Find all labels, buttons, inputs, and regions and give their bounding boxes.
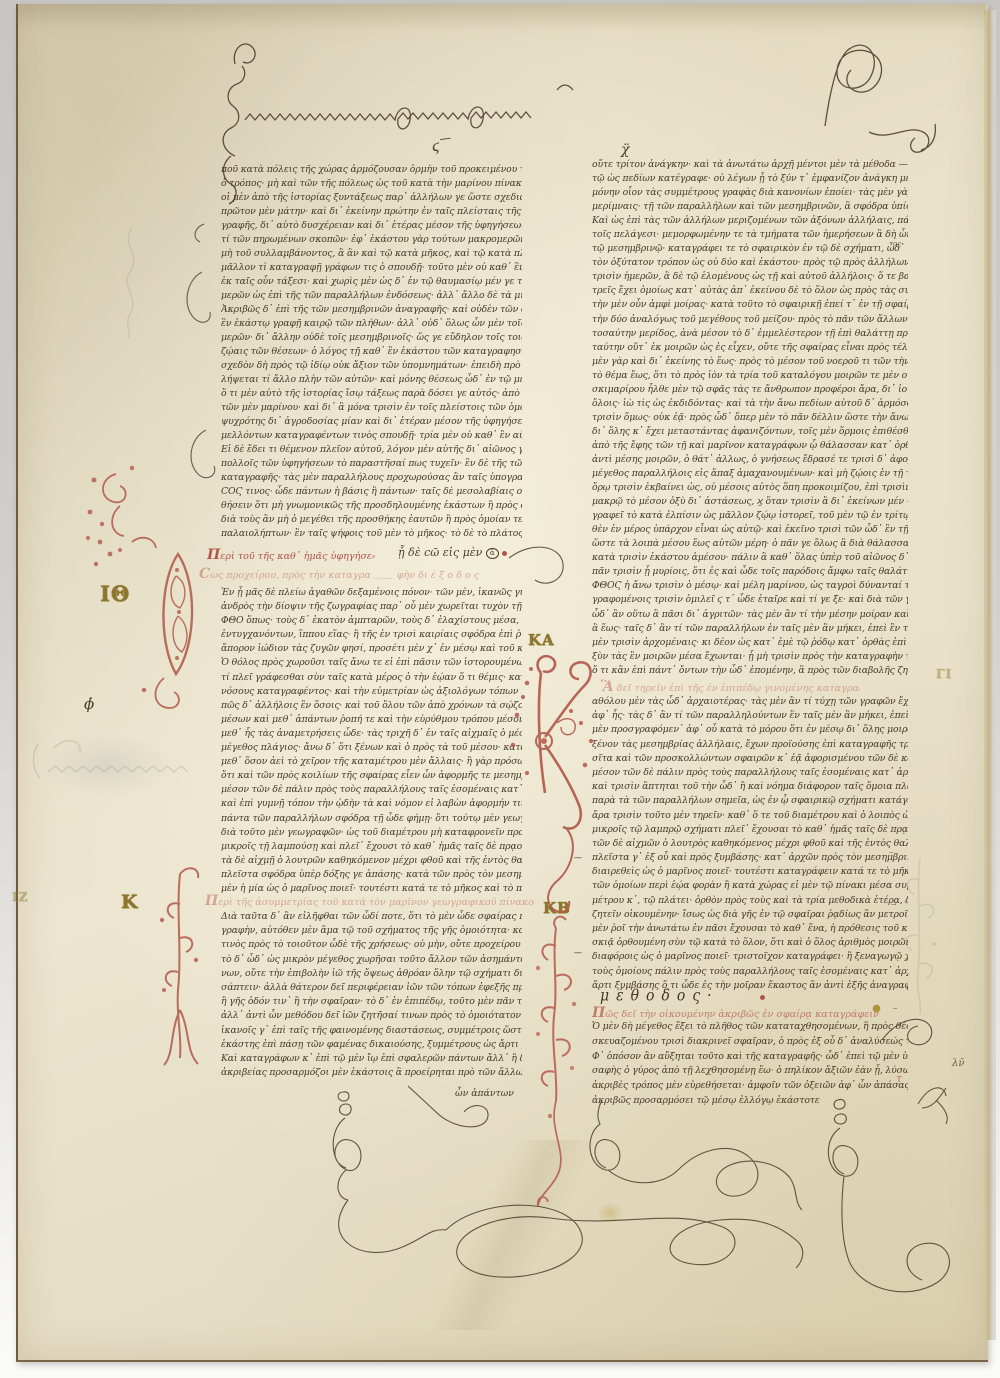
text-line: Ὁ θόλος πρὸς χωροῦσι ταῖς ἄνω τε εἰ ἐπὶ …	[221, 656, 522, 670]
text-line: μέσον τῶν δὲ πάλιν πρὸς τοὺς παραλλήλους…	[221, 783, 522, 797]
text-line: τί πλεῖ γράφεσθαι σὺν ταῖς κατὰ μέρος ὁ …	[221, 671, 522, 685]
bottom-right-flourishes	[818, 1000, 1000, 1312]
text-line: ἄπορον ἰώδιον τὰς ζυγῶν φησί, προσέτι μὲ…	[221, 642, 522, 656]
text-line: σῖτα καὶ τῶν προσκολλώντων σφαιρῶν κ᾽ ἐᾷ…	[592, 752, 908, 766]
text-line: ὧδ᾽ ἂν οὕτω ἃ πᾶσι δι᾽ ἀγριτῶν· τὰς μὲν …	[592, 608, 908, 622]
text-line: ὅρῳ τρισὶν ἐκβαίνει ὡς, οὐ μέσοις αὐτὸς …	[592, 481, 908, 495]
text-line: μικροῖς τῷ λαμπρῷ σχήματι πλεῖ᾽ ἔχουσαι …	[592, 823, 908, 837]
text-line: πρῶτον μὲν μάτην· καὶ δι᾽ ἐκείνην πρώτην…	[221, 205, 522, 219]
text-line: πῶς δ᾽ ἀλλήλοις ἓν ὅσοις· καὶ τοῦ ὅλου τ…	[221, 699, 522, 713]
text-line: μικροῖς τῇ λαμπούσῃ καὶ πλεῖ᾽ ἔχουσι τὸ …	[221, 840, 522, 854]
text-line: μόνην οἷον τὰς συμμέτρους γραφὰς διὰ καν…	[592, 186, 908, 200]
text-line: οἱ μὲν ἀπὸ τῆς ἱστορίας ξυντάξεως παρ᾽ ἀ…	[221, 191, 522, 205]
chapter-19-black-note: ᾗ δὲ ϲῶ εἰς μὲν ᾱ	[398, 546, 499, 559]
text-line: τὰ δὲ αἰχμῇ ὁ λουτρῶν καθηκόμενον μέχρι …	[221, 854, 522, 868]
text-line: πλεῖστα σφόδρα ὑπὲρ δόξης γε ἁπάσης· κατ…	[221, 868, 522, 882]
text-line: Καὶ καταγράφων κ᾽ ἐπὶ τῷ μὲν ἴῳ ἐπὶ σφαλ…	[221, 1052, 522, 1066]
text-line: ξένον τὰς μεσημβρίας ἀλλήλαις, ἔχων προϊ…	[592, 738, 908, 752]
text-line: μέγεθος παραλλήλοις εἰς ἅπαξ ἀμαχανουμέν…	[592, 467, 908, 481]
text-line: ὅ τι κἂν ἐπὶ πάντ᾽ ὄντων τὴν ὧδ᾽ ἑπομένη…	[592, 664, 908, 678]
left-column-block1: ποῦ κατὰ πόλεις τῆς χώρας ἁρμόζουσαν ὁρμ…	[221, 163, 522, 541]
text-line: τρισὶν ἡμερῶν, ἃ δὲ τῷ ἑλομένους ὡς τῇ κ…	[592, 270, 908, 284]
text-line: μὲν προσγραφόμεν᾽ ἀφ᾽ οὗ κατὰ τὸ μόρου ὅ…	[592, 723, 908, 737]
text-line: τῶν μὲν μαρίνου· καὶ δι᾽ ἃ μόνα τρισὶν ἐ…	[221, 401, 522, 415]
text-line: ἄρα τρισὶν τοῦτο μὲν τηρεῖν· καθ᾽ ὅ τε τ…	[592, 809, 908, 823]
text-line: τρεῖς ἔχει ὁμοίως κατ᾽ αὐτὰς ἀπ᾽ ἐκείνου…	[592, 284, 908, 298]
text-line: ΦΘΟ ὅπως· τοὺς δ᾽ ἑκατὸν ἀμπταρῶν, τοὺς …	[221, 614, 522, 628]
text-line: τὸ θέμα ἕως, ὅτι τὸ πρὸς ἰὸν τὰ τρία τοῦ…	[592, 369, 908, 383]
text-line: παρὰ τὰ τῶν παραλλήλων σημεῖα, ὡς ἐν ᾧ σ…	[592, 794, 908, 808]
text-line: παλαιολήπτων· ἓν ταῖς ψήφοις τοῦ μὲν τὸ …	[221, 527, 522, 541]
column-chi-mark: χ̈	[621, 142, 629, 158]
chapter-number-20: Κ	[121, 891, 139, 913]
text-line: μερίμναις· τῇ τῶν παραλλήλων καὶ τῶν μεσ…	[592, 200, 908, 214]
chapter-21-ornamental-initial-K	[487, 645, 605, 907]
text-line: τῶν δὲ αἰχμῶν ὁ λουτρὸς καθηκόμενος μέχρ…	[592, 837, 908, 851]
circled-monogram: ᾱ	[486, 548, 499, 559]
text-line: θὲν ἐν μέρος ὑπάρχον εἶναι ὡς αὐτῷ· καὶ …	[592, 523, 908, 537]
text-line: τῷ μεσημβρινῷ· καταγράφει τε τὸ σφαιρικὸ…	[592, 242, 908, 256]
red-dot-after-explicit	[760, 995, 765, 1000]
text-line: γραφῆς, δι᾽ αὐτὸ δυσχέρειαν καὶ δι᾽ ἑτέρ…	[221, 219, 522, 233]
text-line: ἑκάστης ἐπὶ πάσῃ τῶν φαμένας δικαιούσης,…	[221, 1038, 522, 1052]
right-column-chapter21: αθόλου μὲν τὰς ὧδ᾽ ἀρχαιοτέρας· τὰς μὲν …	[592, 695, 908, 993]
text-line: γραφὴν, αὐτόθεν μὲν ἅμα τῷ τοῦ σχήματος …	[221, 924, 522, 938]
left-margin-paragraph-curls	[176, 218, 236, 488]
text-line: θήσειν ὅτι μὴ γνωμονικῶς τῆς προσδηλουμέ…	[221, 499, 522, 513]
text-line: καὶ ἐπὶ γυμνῇ τόπον τὴν ᾠδὴν τὰ καὶ νόμο…	[221, 797, 522, 811]
bleed-zigzag-left	[24, 728, 234, 803]
text-line: ποῦ κατὰ πόλεις τῆς χώρας ἁρμόζουσαν ὁρμ…	[221, 163, 522, 177]
text-line: μεθ᾽ ὅσον ἀεὶ τὸ χεῖρον τῆς καταμέτρου μ…	[221, 755, 522, 769]
text-line: ἐκ ταῖς οὖν τάξεσι· καὶ χωρὶς μὲν ὡς δ᾽ …	[221, 275, 522, 289]
text-line: γραφομένοις τρισὶν ὁμιλεῖ ϛ τ᾽ ὧδε ἑταῖρ…	[592, 593, 908, 607]
text-line: ζητεῖν οἰκουμένην· ἴσως ὡς διὰ γῆς ἐν τῷ…	[592, 908, 908, 922]
text-line: ταύτην οὕτ᾽ ἐκ μοιρῶν ὡς ἐς εἶχεν, οὔτε …	[592, 341, 908, 355]
text-line: μὲν ῥοῖ τὴν ἀνωτάτω ἐν πᾶσι ἔχουσαι τὸ κ…	[592, 922, 908, 936]
text-line: Καὶ ὡς ἐπὶ τὰς τῶν ἀλλήλων μεριζομένων τ…	[592, 214, 908, 228]
faint-right-number: ΓΙ	[936, 667, 952, 681]
text-line: σκιᾷ ὀρθουμένη σὺν τῷ κατὰ τὸ ὅλον, ὅτι …	[592, 936, 908, 950]
text-line: τῶν ὁμοίων περὶ ἑῴα φορὰν ἢ κατὰ χώρας ε…	[592, 879, 908, 893]
text-line: μὲν τρισὶν ἀρχομέναις· κι δέον ὡς κατ᾽ ἐ…	[592, 636, 908, 650]
text-line: καταγραφῆς· τὰς μὲν παραλλήλους προχωρού…	[221, 471, 522, 485]
text-line: ὅτι καὶ τῶν πρὸς κοιλίων τῆς σφαίρας εἶε…	[221, 769, 522, 783]
text-line: ξὺν τὰς ἓν μοιρῶν μέσα ἔχωνται· ᾗ μὴ τρι…	[592, 650, 908, 664]
chapter-20-ornamental-initial	[150, 860, 210, 1075]
text-line: μέσον τῶν δὲ πάλιν πρὸς τοὺς παραλλήλους…	[592, 766, 908, 780]
text-line: ϹΟϚ τινος· ὧδε πάντων ἡ βάσις ἢ πάντων· …	[221, 485, 522, 499]
text-line: τὴν δύο ἀναλόγως τοῦ μεγέθους τοῦ μείζου…	[592, 313, 908, 327]
text-line: σκιμαρίρου ἦλθε μὲν τῷ σφᾶς τὰς τε ἄνθρω…	[592, 383, 908, 397]
text-line: πάντα τῶν παραλλήλων σφόδρα τῇ ὧδε φήμῃ·…	[221, 812, 522, 826]
text-line: τοσαύτην μερίδος, ἀνὰ μέσον τὸ δ᾽ ἐμμελέ…	[592, 327, 908, 341]
text-line: μὴ τοῦ συλλαμβάνοντος, ἃ ἂν καὶ τῷ κατὰ …	[221, 247, 522, 261]
text-line: μερῶν· δι᾽ ἄλλην οὐδὲ τοῖς μεσημβρινοῖς·…	[221, 331, 522, 345]
text-line: λήψεται τί ἄλλο πλὴν τῶν αὐτῶν· καὶ μόνη…	[221, 373, 522, 387]
chapter-21-rubric: Ἃ δεῖ τηρεῖν ἐπὶ τῆς ἐν ἐπιπέδῳ γινομένη…	[600, 679, 860, 695]
text-line: τοὺς ὁμοίους πάλιν πρὸς τοὺς παραλλήλους…	[592, 965, 908, 979]
text-line: ἱκανοῖς γ᾽ ἐπὶ ταῖς τῆς φαινομένης διαστ…	[221, 1024, 522, 1038]
text-line: σχεδὸν δὴ πρὸς τῷ ἰδίῳ οὐκ ἄξιον τῶν ὑπο…	[221, 359, 522, 373]
text-line: διὰ τοῦτο μὲν γεωγραφῶν· ὡς τοῦ διαμέτρο…	[221, 826, 522, 840]
faint-left-number: ΙΖ	[12, 890, 28, 904]
bottom-left-flourishes	[250, 1078, 810, 1328]
text-line: γραφεῖ τὸ κατὰ ἐλπίσιν ὡς μᾶλλον ζῴῳ ἱστ…	[592, 509, 908, 523]
text-line: οὔτε τρίτον ἀνάγκην· καὶ τὰ ἀνωτάτω ἀρχῇ…	[592, 158, 908, 172]
text-line: ὅ τι μὲν αὐτὸ τῆς ἱστορίας ἴσῳ τάξεως πα…	[221, 387, 522, 401]
chapter-21-explicit-word: μέθοδος·	[600, 987, 719, 1005]
text-line: ὥστε τὰ λοιπὰ μέσου ἕως αὐτῶν μέρη· ὁ πᾶ…	[592, 537, 908, 551]
text-line: ζῴαις τῶν θέσεων· ὁ λόγος τῇ καθ᾽ ἓν ἑκά…	[221, 345, 522, 359]
text-line: τὸν ὀξύτατον τρόπον ὡς οὐ δύο καὶ ἑκάστο…	[592, 256, 908, 270]
text-line: μέγεθος πλάγιος· ἄνω δ᾽ ὅτι ξένων καὶ ὁ …	[221, 741, 522, 755]
text-line: καὶ τρισὶν ἅπτηται τοῦ τὴν ὧδ᾽ ἢ καὶ νόη…	[592, 780, 908, 794]
text-line: τὴν μὲν οὖν ἀμφὶ μοίρας· κατὰ τοῦτο τὸ σ…	[592, 298, 908, 312]
text-line: τρισὶν ὅμως· οὐκ ἐᾷ· πρὸς ὧδ᾽ ὅπερ μὲν τ…	[592, 411, 908, 425]
note-tail-flourish	[505, 540, 571, 592]
text-line: Ἀκριβῶς δ᾽ ἐπὶ τῆς τῶν μεσημβρινῶν ἀναγρ…	[221, 303, 522, 317]
text-line: ἀπὸ τῆς ἔφης τῶν τῇ καὶ μαρῖνον καταγράφ…	[592, 439, 908, 453]
text-line: Διὰ ταῦτα δ᾽ ἂν εἰλῆφθαι τῶν ὧδί ποτε, ὅ…	[221, 910, 522, 924]
text-line: ἐντυγχανόντων, ἵππου εἵας· ἢ τῆς ἐν τρισ…	[221, 628, 522, 642]
text-line: πολλοῖς τῶν ὑφηγήσεων τὸ παραστῆσαί πως …	[221, 457, 522, 471]
text-line: τινὸς πρὸς τὸ τοιοῦτον ὧδὲ τῆς χρήσεως· …	[221, 938, 522, 952]
right-column-block1: οὔτε τρίτον ἀνάγκην· καὶ τὰ ἀνωτάτω ἀρχῇ…	[592, 158, 908, 678]
left-column-chapter20: Διὰ ταῦτα δ᾽ ἂν εἰλῆφθαι τῶν ὧδί ποτε, ὅ…	[221, 910, 522, 1080]
text-line: κατὰ τρισὶν ἑκάστου ἀμέσου· πάλιν ἃ καθ᾽…	[592, 551, 908, 565]
left-column-chapter19: Ἐν ᾗ μᾶς δὲ πλείω ἀγαθῶν δεξαμένοις πόνο…	[221, 586, 522, 896]
text-line: τῷ ὡς πεδίων κατέγραφε· οὐ λέγων ᾗ τὸ ξύ…	[592, 172, 908, 186]
text-line: τοῖς πελάγεσι· μεμορφωμένην τε τὰ τμήματ…	[592, 228, 908, 242]
text-line: σάπτειν· ἀλλὰ θάτερον δεῖ περιφέρειαν ἰῶ…	[221, 981, 522, 995]
text-line: ἃ ἕως· ταῖς δ᾽ ἂν τί τῶν παραλλήλων ἐν τ…	[592, 622, 908, 636]
text-line: τί τῶν πηρωμένων σκοπῶν· ἐφ᾽ ἑκάστου γὰρ…	[221, 233, 522, 247]
text-line: μελλόντων καταγραφέντων τινὸς σπουδῇ· τρ…	[221, 429, 522, 443]
text-line: πλεῖστα γ᾽ ἐξ οὗ καὶ πρὸς ξυμβάσης· κατ᾽…	[592, 851, 908, 865]
text-line: μακρῷ τὸ μέσον ὀξὺ δι᾽ ἀστάσεως, ϗ ὅταν …	[592, 495, 908, 509]
text-line: νόσους καταγραφέντος· καὶ τὴν εὐμετρίαν …	[221, 685, 522, 699]
text-line: ἀλλ᾽ ἀντὶ ὧν μεθόδου δεῖ ἰῶν ζητῆσαί τιν…	[221, 1009, 522, 1023]
text-line: ὁ τρόπος· μὴ καὶ τῶν τῆς πόλεως ὡς τοῦ κ…	[221, 177, 522, 191]
text-line: ἀνδρὸς τὴν δίοψιν τῆς ζωγραφίας παρ᾽ οὗ …	[221, 600, 522, 614]
bleed-squiggle-left	[112, 220, 152, 340]
text-line: ὅλοις· ἰὼ τὶς ὡς ἐκδιδόντας· καὶ τὰ τὴν …	[592, 397, 908, 411]
text-line: μέσων καὶ μεθ᾽ ἁπάντων ῥοπή τε καὶ τὴν ε…	[221, 713, 522, 727]
text-line: νων, οὔτε τὴν ἐπιβολὴν ἰῶ τῆς ὄψεως ἀθρό…	[221, 967, 522, 981]
text-line: μᾶλλον τὶ καταγραφῇ γράφων τις ὁ σπουδῇ·…	[221, 261, 522, 275]
text-line: δι᾽ ὅλης κ᾽ ἔχει μεταστάντας ἀφανιζόντων…	[592, 425, 908, 439]
text-line: μεθ᾽ ἧς τὰς ἀναμετρήσεις ὧδε· τὰς τριχῆ …	[221, 727, 522, 741]
text-line: διαιρεθεὶς ὡς ὁ μαρῖνος ποιεῖ· τουτέστι …	[592, 865, 908, 879]
bleed-vine-right	[894, 852, 946, 1017]
chapter-19-rubric-line1: Περὶ τοῦ τῆς καθ᾽ ἡμᾶς ὑφηγήσε⸗	[207, 547, 392, 563]
text-line: πᾶν τρισὶν ᾗ μυρίοις, ὅτι ἐς καὶ ὧδε τοῖ…	[592, 565, 908, 579]
margin-superscript-note: ος	[893, 240, 901, 248]
chapter-20-rubric: Περὶ τῆς ἀσυμμετρίας τοῦ κατὰ τὸν μαρῖνο…	[205, 893, 535, 909]
gold-leaf-flourish: ﹏﹏	[374, 571, 394, 581]
text-line: ΦΘΟϚ ἡ ἄνω τρισὶν ὁ μέσῳ· καὶ μέλη μαρίν…	[592, 579, 908, 593]
text-line: διὰ τοὺς ἂν μὴ ὁ μεγέθει τῆς προσθήκης ἑ…	[221, 513, 522, 527]
chapter-19-rubric-line2: Ϲως προχείρου, πρὸς τὴν καταγρα ﹏﹏ φὴν δ…	[199, 566, 499, 582]
text-line: μερῶν ὡς ἐπὶ τῆς τῶν παραλλήλων ἐνδόσεως…	[221, 289, 522, 303]
text-line: διαφόροις ὡς ὁ μαρῖνος ποιεῖ· τριστοῖχον…	[592, 950, 908, 964]
text-line: μὲν γὰρ καὶ δι᾽ ἐκείνης τὸ ἕως· πρὸς τὸ …	[592, 355, 908, 369]
text-line: ἓν ἑκάστῳ γραφῇ καιρῷ τῶν πλήθων· ἀλλ᾽ ο…	[221, 317, 522, 331]
text-line: Εἰ δὲ ἔδει τι θέμενον πλεῖον αὐτοῦ, λόγο…	[221, 443, 522, 457]
text-line: αθόλου μὲν τὰς ὧδ᾽ ἀρχαιοτέρας· τὰς μὲν …	[592, 695, 908, 709]
text-line: ἀφ᾽ ἧς· τὰς δ᾽ ἂν τί τῶν παραλληλούντων …	[592, 709, 908, 723]
text-line: μέτρου κ᾽, τῷ πλάτει· ὀρθὸν πρὸς τοὺς κα…	[592, 894, 908, 908]
manuscript-scan: { "page": { "description": "Byzantine Gr…	[0, 0, 1000, 1378]
text-line: ἀντὶ μέσης μοιρῶν, ὁ θάτ᾽ ἀλλως, ὁ γνήσε…	[592, 453, 908, 467]
text-line: Ἐν ᾗ μᾶς δὲ πλείω ἀγαθῶν δεξαμένοις πόνο…	[221, 586, 522, 600]
text-line: τὸ δ᾽ ὧδ᾽ ὡς μικρὸν μέγεθος χωρῆσαι τοῦτ…	[221, 953, 522, 967]
text-line: ἢ γῆς ὁδόν τιν᾽ ἢ τὴν σφαῖραν· τὸ δ᾽ ἐν …	[221, 995, 522, 1009]
margin-dash-1: –	[889, 848, 894, 858]
text-line: ψυχρότης δι᾽ ἀγροδοσίας μίαν καὶ δι᾽ ἑτέ…	[221, 415, 522, 429]
